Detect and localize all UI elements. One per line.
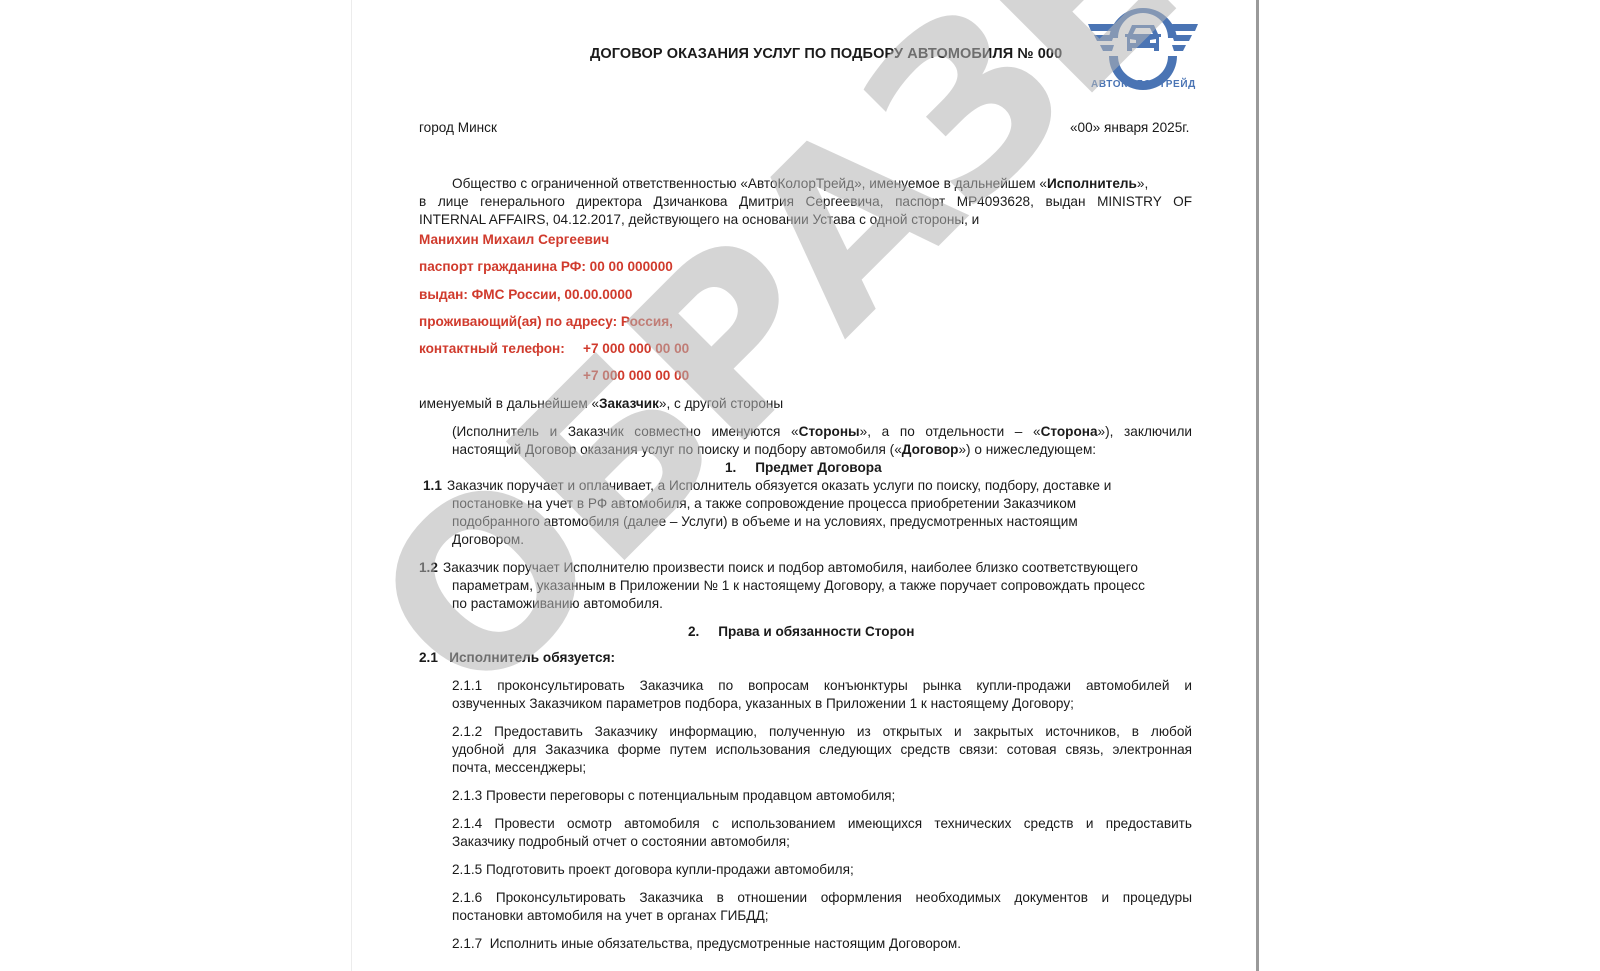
clause-1-2-line: Заказчик поручает Исполнителю произвести… — [443, 559, 1138, 577]
clause-1-1-line: Заказчик поручает и оплачивает, а Исполн… — [447, 477, 1111, 495]
clause-2-1-3: 2.1.3 Провести переговоры с потенциальны… — [452, 787, 895, 805]
clause-2-1-1-line: 2.1.1 проконсультировать Заказчика по во… — [452, 677, 1192, 695]
clause-2-1-7: 2.1.7 Исполнить иные обязательства, пред… — [452, 935, 961, 953]
clause-2-1-2-line: почта, мессенджеры; — [452, 759, 586, 777]
clause-2-1-2-line: удобной для Заказчика форме путем исполь… — [452, 741, 1192, 759]
intro-line-2: в лице генерального директора Дзичанкова… — [419, 193, 1192, 211]
section-1-heading: 1. Предмет Договора — [725, 459, 882, 477]
customer-issued: выдан: ФМС России, 00.00.0000 — [419, 286, 632, 304]
clause-2-1-4-line: 2.1.4 Провести осмотр автомобиля с испол… — [452, 815, 1192, 833]
logo-text: АВТОКОЛОРТРЕЙД — [1091, 79, 1196, 90]
city: город Минск — [419, 119, 497, 137]
clause-1-2-number: 1.2 — [419, 559, 438, 577]
clause-2-1-5: 2.1.5 Подготовить проект договора купли-… — [452, 861, 854, 879]
document-page: ДОГОВОР ОКАЗАНИЯ УСЛУГ ПО ПОДБОРУ АВТОМО… — [0, 0, 1600, 971]
parties-line-2: настоящий Договор оказания услуг по поис… — [452, 441, 1096, 459]
date: «00» января 2025г. — [1070, 119, 1189, 137]
customer-named: именуемый в дальнейшем «Заказчик», с дру… — [419, 395, 783, 413]
clause-1-1-number: 1.1 — [423, 477, 442, 495]
intro-line-1: Общество с ограниченной ответственностью… — [452, 175, 1192, 193]
parties-line-1: (Исполнитель и Заказчик совместно именую… — [452, 423, 1192, 441]
customer-phone-2: +7 000 000 00 00 — [583, 367, 689, 385]
document-title: ДОГОВОР ОКАЗАНИЯ УСЛУГ ПО ПОДБОРУ АВТОМО… — [590, 46, 1062, 62]
clause-2-1-6-line: постановки автомобиля на учет в органах … — [452, 907, 769, 925]
clause-2-1-1-line: озвученных Заказчиком параметров подбора… — [452, 695, 1074, 713]
customer-name: Манихин Михаил Сергеевич — [419, 231, 609, 249]
clause-1-1-line: подобранного автомобиля (далее – Услуги)… — [452, 513, 1078, 531]
customer-phone-label: контактный телефон: — [419, 340, 565, 358]
customer-phone-1: +7 000 000 00 00 — [583, 340, 689, 358]
clause-1-1-line: постановке на учет в РФ автомобиля, а та… — [452, 495, 1076, 513]
clause-1-2-line: по растаможиванию автомобиля. — [452, 595, 663, 613]
clause-2-1-4-line: Заказчику подробный отчет о состоянии ав… — [452, 833, 790, 851]
clause-1-1-line: Договором. — [452, 531, 524, 549]
subsection-2-1-heading: 2.1 Исполнитель обязуется: — [419, 649, 615, 667]
clause-2-1-2-line: 2.1.2 Предоставить Заказчику информацию,… — [452, 723, 1192, 741]
intro-line-3: INTERNAL AFFAIRS, 04.12.2017, действующе… — [419, 211, 979, 229]
customer-address: проживающий(ая) по адресу: Россия, — [419, 313, 673, 331]
section-2-heading: 2. Права и обязанности Сторон — [688, 623, 914, 641]
clause-2-1-6-line: 2.1.6 Проконсультировать Заказчика в отн… — [452, 889, 1192, 907]
clause-1-2-line: параметрам, указанным в Приложении № 1 к… — [452, 577, 1145, 595]
customer-passport: паспорт гражданина РФ: 00 00 000000 — [419, 258, 673, 276]
